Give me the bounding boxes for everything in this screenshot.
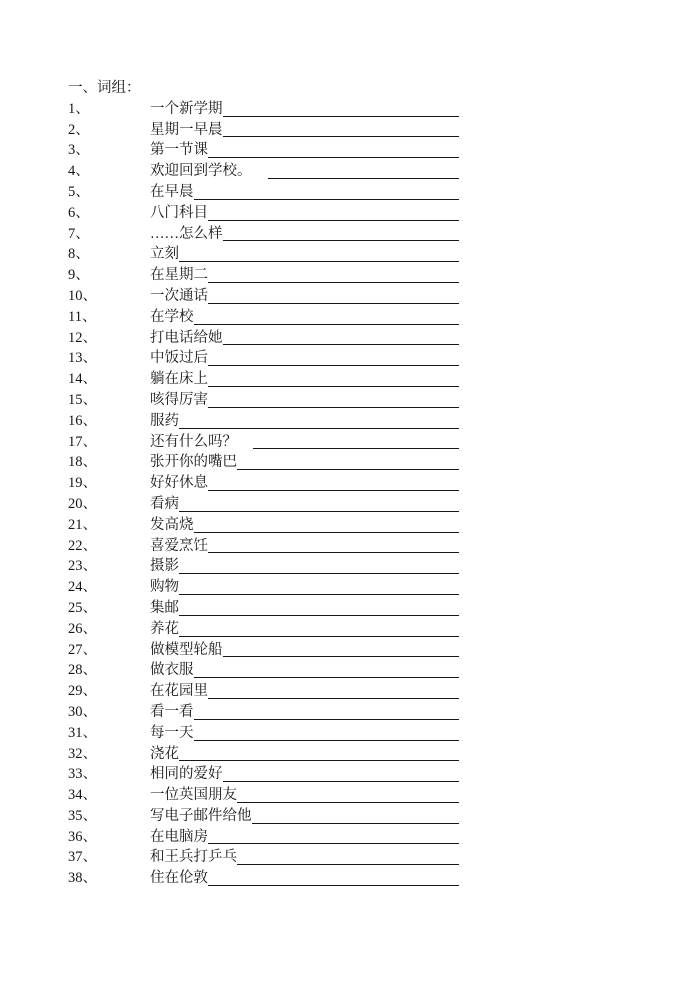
item-text: 看病 xyxy=(150,494,179,515)
item-number: 10、 xyxy=(68,286,150,307)
item-number: 38、 xyxy=(68,868,150,889)
list-item: 31、每一天 xyxy=(68,723,459,744)
item-number: 28、 xyxy=(68,660,150,681)
answer-blank[interactable] xyxy=(179,556,459,574)
answer-blank[interactable] xyxy=(208,868,459,886)
answer-blank[interactable] xyxy=(237,452,459,470)
item-text: 做衣服 xyxy=(150,660,194,681)
item-text: 看一看 xyxy=(150,702,194,723)
list-item: 37、和王兵打乒乓 xyxy=(68,847,459,868)
answer-blank[interactable] xyxy=(179,598,459,616)
answer-blank[interactable] xyxy=(179,494,459,512)
list-item: 20、看病 xyxy=(68,494,459,515)
item-number: 37、 xyxy=(68,847,150,868)
answer-blank[interactable] xyxy=(253,432,459,450)
item-text: 住在伦敦 xyxy=(150,868,208,889)
item-text: 服药 xyxy=(150,411,179,432)
item-text: 好好休息 xyxy=(150,473,208,494)
item-text: 集邮 xyxy=(150,598,179,619)
answer-blank[interactable] xyxy=(208,140,459,158)
item-text: 还有什么吗？ xyxy=(150,432,237,453)
item-number: 14、 xyxy=(68,369,150,390)
answer-blank[interactable] xyxy=(208,390,459,408)
document-page: { "page": { "heading": "一、词组：", "items":… xyxy=(0,0,695,982)
answer-blank[interactable] xyxy=(194,307,460,325)
list-item: 16、服药 xyxy=(68,411,459,432)
item-number: 35、 xyxy=(68,806,150,827)
item-number: 24、 xyxy=(68,577,150,598)
list-item: 26、养花 xyxy=(68,619,459,640)
item-number: 2、 xyxy=(68,120,150,141)
answer-blank[interactable] xyxy=(179,744,459,762)
item-text: 在早晨 xyxy=(150,182,194,203)
item-number: 27、 xyxy=(68,640,150,661)
answer-blank[interactable] xyxy=(223,764,460,782)
item-number: 33、 xyxy=(68,764,150,785)
list-item: 6、八门科目 xyxy=(68,203,459,224)
item-text: 立刻 xyxy=(150,244,179,265)
list-item: 18、张开你的嘴巴 xyxy=(68,452,459,473)
item-text: 张开你的嘴巴 xyxy=(150,452,237,473)
item-number: 6、 xyxy=(68,203,150,224)
list-item: 21、发高烧 xyxy=(68,515,459,536)
list-item: 14、躺在床上 xyxy=(68,369,459,390)
item-text: 一次通话 xyxy=(150,286,208,307)
list-item: 17、还有什么吗？ xyxy=(68,432,459,453)
item-text: 咳得厉害 xyxy=(150,390,208,411)
answer-blank[interactable] xyxy=(237,785,459,803)
answer-blank[interactable] xyxy=(179,411,459,429)
item-number: 1、 xyxy=(68,99,150,120)
answer-blank[interactable] xyxy=(194,182,460,200)
item-number: 25、 xyxy=(68,598,150,619)
answer-blank[interactable] xyxy=(208,681,459,699)
answer-blank[interactable] xyxy=(268,161,460,179)
list-item: 33、相同的爱好 xyxy=(68,764,459,785)
item-number: 7、 xyxy=(68,224,150,245)
item-text: 浇花 xyxy=(150,744,179,765)
answer-blank[interactable] xyxy=(223,99,460,117)
item-number: 19、 xyxy=(68,473,150,494)
item-number: 23、 xyxy=(68,556,150,577)
item-text: 打电话给她 xyxy=(150,328,223,349)
item-text: 躺在床上 xyxy=(150,369,208,390)
item-text: ……怎么样 xyxy=(150,224,223,245)
phrase-list: 1、一个新学期2、星期一早晨3、第一节课4、欢迎回到学校。5、在早晨6、八门科目… xyxy=(68,99,695,889)
item-number: 30、 xyxy=(68,702,150,723)
item-number: 5、 xyxy=(68,182,150,203)
item-text: 养花 xyxy=(150,619,179,640)
item-number: 26、 xyxy=(68,619,150,640)
list-item: 1、一个新学期 xyxy=(68,99,459,120)
item-text: 相同的爱好 xyxy=(150,764,223,785)
item-text: 每一天 xyxy=(150,723,194,744)
answer-blank[interactable] xyxy=(208,369,459,387)
item-number: 16、 xyxy=(68,411,150,432)
item-text: 做模型轮船 xyxy=(150,640,223,661)
list-item: 23、摄影 xyxy=(68,556,459,577)
list-item: 11、在学校 xyxy=(68,307,459,328)
answer-blank[interactable] xyxy=(194,660,460,678)
list-item: 35、写电子邮件给他 xyxy=(68,806,459,827)
list-item: 13、中饭过后 xyxy=(68,348,459,369)
item-text: 在星期二 xyxy=(150,265,208,286)
item-number: 17、 xyxy=(68,432,150,453)
list-item: 3、第一节课 xyxy=(68,140,459,161)
list-item: 28、做衣服 xyxy=(68,660,459,681)
item-number: 15、 xyxy=(68,390,150,411)
item-number: 9、 xyxy=(68,265,150,286)
item-number: 3、 xyxy=(68,140,150,161)
item-number: 22、 xyxy=(68,536,150,557)
answer-blank[interactable] xyxy=(223,224,460,242)
item-number: 32、 xyxy=(68,744,150,765)
item-text: 一位英国朋友 xyxy=(150,785,237,806)
list-item: 12、打电话给她 xyxy=(68,328,459,349)
item-number: 12、 xyxy=(68,328,150,349)
answer-blank[interactable] xyxy=(208,286,459,304)
item-number: 18、 xyxy=(68,452,150,473)
item-text: 购物 xyxy=(150,577,179,598)
item-number: 20、 xyxy=(68,494,150,515)
item-text: 星期一早晨 xyxy=(150,120,223,141)
answer-blank[interactable] xyxy=(208,348,459,366)
answer-blank[interactable] xyxy=(208,473,459,491)
answer-blank[interactable] xyxy=(208,203,459,221)
item-text: 和王兵打乒乓 xyxy=(150,847,237,868)
item-text: 在电脑房 xyxy=(150,827,208,848)
section-heading: 一、词组： xyxy=(68,78,695,99)
item-number: 8、 xyxy=(68,244,150,265)
answer-blank[interactable] xyxy=(194,723,460,741)
list-item: 4、欢迎回到学校。 xyxy=(68,161,459,182)
item-text: 在学校 xyxy=(150,307,194,328)
answer-blank[interactable] xyxy=(223,328,460,346)
answer-blank[interactable] xyxy=(179,619,459,637)
item-text: 发高烧 xyxy=(150,515,194,536)
list-item: 19、好好休息 xyxy=(68,473,459,494)
answer-blank[interactable] xyxy=(237,847,459,865)
answer-blank[interactable] xyxy=(194,515,460,533)
list-item: 27、做模型轮船 xyxy=(68,640,459,661)
item-number: 13、 xyxy=(68,348,150,369)
item-text: 第一节课 xyxy=(150,140,208,161)
item-text: 喜爱烹饪 xyxy=(150,536,208,557)
item-text: 八门科目 xyxy=(150,203,208,224)
list-item: 29、在花园里 xyxy=(68,681,459,702)
item-text: 摄影 xyxy=(150,556,179,577)
item-text: 欢迎回到学校。 xyxy=(150,161,252,182)
list-item: 36、在电脑房 xyxy=(68,827,459,848)
worksheet: 一、词组： 1、一个新学期2、星期一早晨3、第一节课4、欢迎回到学校。5、在早晨… xyxy=(0,0,695,889)
list-item: 30、看一看 xyxy=(68,702,459,723)
list-item: 5、在早晨 xyxy=(68,182,459,203)
list-item: 8、立刻 xyxy=(68,244,459,265)
list-item: 2、星期一早晨 xyxy=(68,120,459,141)
answer-blank[interactable] xyxy=(252,806,460,824)
item-text: 一个新学期 xyxy=(150,99,223,120)
item-number: 4、 xyxy=(68,161,150,182)
list-item: 9、在星期二 xyxy=(68,265,459,286)
list-item: 25、集邮 xyxy=(68,598,459,619)
list-item: 15、咳得厉害 xyxy=(68,390,459,411)
item-text: 中饭过后 xyxy=(150,348,208,369)
answer-blank[interactable] xyxy=(208,536,459,554)
list-item: 10、一次通话 xyxy=(68,286,459,307)
answer-blank[interactable] xyxy=(179,244,459,262)
list-item: 7、……怎么样 xyxy=(68,224,459,245)
list-item: 34、一位英国朋友 xyxy=(68,785,459,806)
list-item: 24、购物 xyxy=(68,577,459,598)
item-text: 在花园里 xyxy=(150,681,208,702)
item-text: 写电子邮件给他 xyxy=(150,806,252,827)
answer-blank[interactable] xyxy=(223,120,460,138)
item-number: 11、 xyxy=(68,307,150,328)
item-number: 21、 xyxy=(68,515,150,536)
item-number: 36、 xyxy=(68,827,150,848)
answer-blank[interactable] xyxy=(208,827,459,845)
list-item: 32、浇花 xyxy=(68,744,459,765)
list-item: 38、住在伦敦 xyxy=(68,868,459,889)
item-number: 29、 xyxy=(68,681,150,702)
list-item: 22、喜爱烹饪 xyxy=(68,536,459,557)
item-number: 34、 xyxy=(68,785,150,806)
answer-blank[interactable] xyxy=(194,702,460,720)
answer-blank[interactable] xyxy=(179,577,459,595)
answer-blank[interactable] xyxy=(223,640,460,658)
answer-blank[interactable] xyxy=(208,265,459,283)
item-number: 31、 xyxy=(68,723,150,744)
